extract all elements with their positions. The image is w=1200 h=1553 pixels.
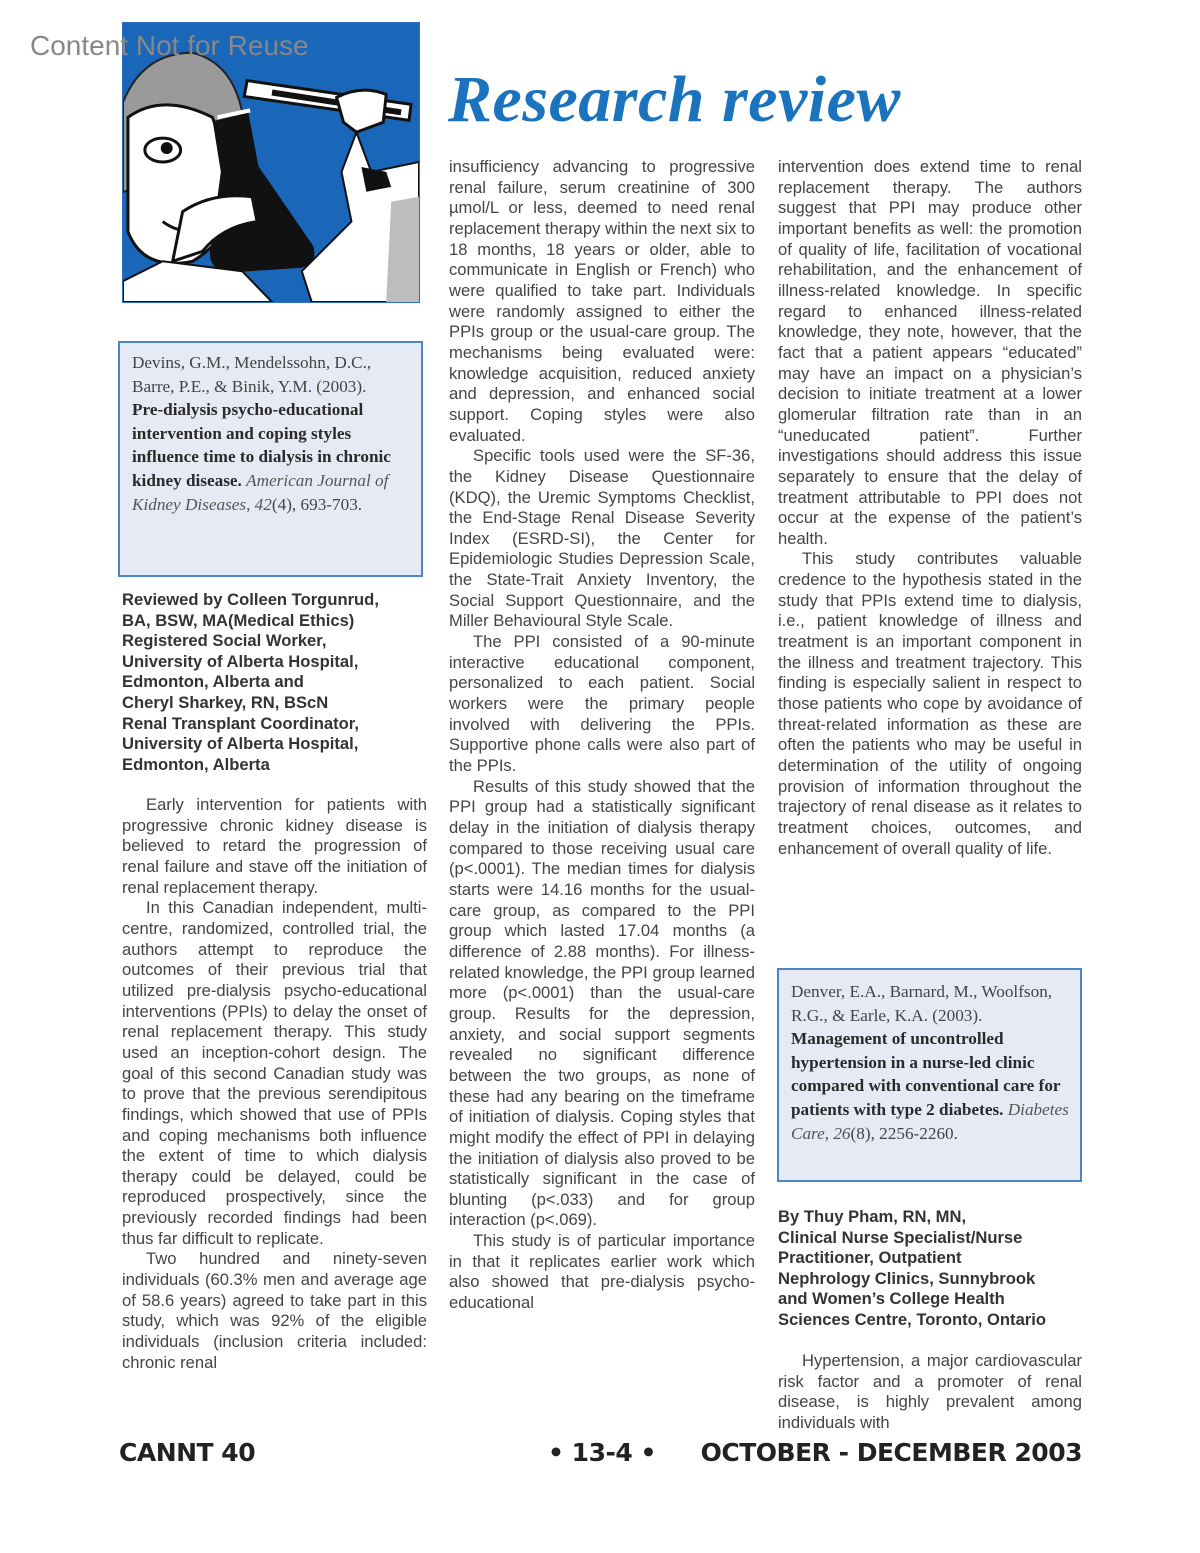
reviewer-byline-review1: Reviewed by Colleen Torgunrud, BA, BSW, …	[122, 590, 432, 775]
footer-issue: • 13-4 •	[548, 1438, 656, 1467]
body-paragraph: intervention does extend time to renal r…	[778, 157, 1082, 549]
scientist-with-flask-icon	[123, 23, 419, 302]
byline-line: Edmonton, Alberta and	[122, 672, 432, 693]
body-paragraph: Results of this study showed that the PP…	[449, 777, 755, 1231]
byline-line: Reviewed by Colleen Torgunrud,	[122, 590, 432, 611]
citation-box-review1: Devins, G.M., Mendelssohn, D.C., Barre, …	[118, 341, 423, 577]
byline-line: Registered Social Worker,	[122, 631, 432, 652]
body-column-3: intervention does extend time to renal r…	[778, 157, 1082, 859]
citation-issue-pages: (4), 693-703.	[272, 495, 362, 514]
byline-line: Sciences Centre, Toronto, Ontario	[778, 1310, 1088, 1331]
byline-line: University of Alberta Hospital,	[122, 652, 432, 673]
body-paragraph: This study contributes valuable credence…	[778, 549, 1082, 859]
citation-authors: Denver, E.A., Barnard, M., Woolfson, R.G…	[791, 982, 1052, 1025]
byline-line: Practitioner, Outpatient	[778, 1248, 1088, 1269]
byline-line: By Thuy Pham, RN, MN,	[778, 1207, 1088, 1228]
citation-issue-pages: (8), 2256-2260.	[851, 1124, 958, 1143]
citation-authors: Devins, G.M., Mendelssohn, D.C., Barre, …	[132, 353, 371, 396]
page-title: Research review	[448, 62, 901, 138]
footer-publication: CANNT 40	[119, 1438, 255, 1467]
byline-line: and Women’s College Health	[778, 1289, 1088, 1310]
body-paragraph: Two hundred and ninety-seven individuals…	[122, 1249, 427, 1373]
footer-date: OCTOBER - DECEMBER 2003	[701, 1438, 1082, 1467]
watermark: Content Not for Reuse	[30, 30, 309, 62]
body-paragraph: insufficiency advancing to progressive r…	[449, 157, 755, 446]
byline-line: Renal Transplant Coordinator,	[122, 714, 432, 735]
body-paragraph: Hypertension, a major cardiovascular ris…	[778, 1351, 1082, 1434]
byline-line: University of Alberta Hospital,	[122, 734, 432, 755]
body-paragraph: Specific tools used were the SF-36, the …	[449, 446, 755, 632]
body-paragraph: The PPI consisted of a 90-minute interac…	[449, 632, 755, 777]
scientist-illustration	[122, 22, 420, 303]
byline-line: BA, BSW, MA(Medical Ethics)	[122, 611, 432, 632]
body-paragraph: In this Canadian independent, multi-cent…	[122, 898, 427, 1249]
citation-box-review2: Denver, E.A., Barnard, M., Woolfson, R.G…	[777, 968, 1082, 1182]
byline-line: Clinical Nurse Specialist/Nurse	[778, 1228, 1088, 1249]
byline-line: Nephrology Clinics, Sunnybrook	[778, 1269, 1088, 1290]
body-column-2: insufficiency advancing to progressive r…	[449, 157, 755, 1314]
byline-line: Edmonton, Alberta	[122, 755, 432, 776]
byline-line: Cheryl Sharkey, RN, BScN	[122, 693, 432, 714]
body-column-1: Early intervention for patients with pro…	[122, 795, 427, 1373]
body-paragraph: Early intervention for patients with pro…	[122, 795, 427, 898]
body-paragraph: This study is of particular importance i…	[449, 1231, 755, 1314]
body-column-3-review2: Hypertension, a major cardiovascular ris…	[778, 1351, 1082, 1434]
reviewer-byline-review2: By Thuy Pham, RN, MN, Clinical Nurse Spe…	[778, 1207, 1088, 1331]
